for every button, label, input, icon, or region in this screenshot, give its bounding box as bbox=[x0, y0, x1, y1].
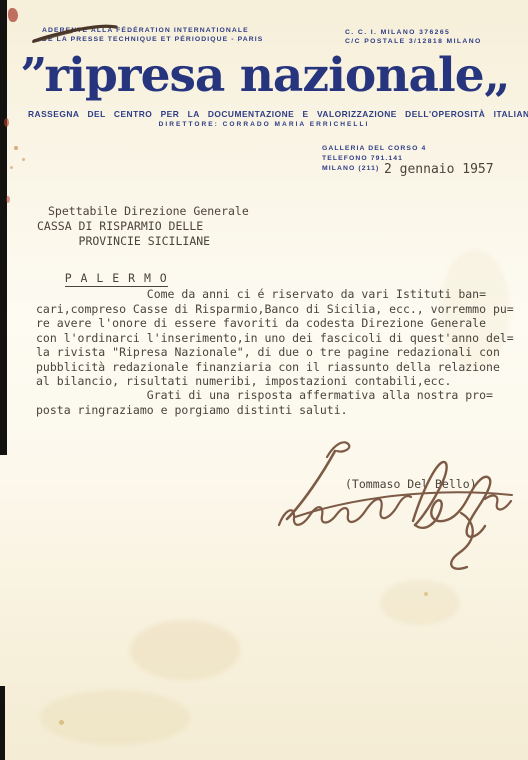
scan-edge-artifact-left-bottom bbox=[0, 686, 5, 760]
recipient-line2: CASSA DI RISPARMIO DELLE bbox=[37, 219, 203, 234]
registry-line2: C/C POSTALE 3/12818 MILANO bbox=[345, 37, 482, 46]
foxing-speck bbox=[22, 158, 25, 161]
masthead-close-quote: „ bbox=[484, 48, 508, 103]
masthead-title-text: ripresa nazionale bbox=[44, 48, 483, 103]
masthead-tagline: RASSEGNA DEL CENTRO PER LA DOCUMENTAZION… bbox=[28, 109, 500, 119]
masthead-director-line: DIRETTORE: CORRADO MARIA ERRICHELLI bbox=[0, 121, 528, 128]
paper-stain bbox=[380, 580, 460, 625]
masthead-open-quote: ” bbox=[20, 48, 44, 103]
foxing-speck bbox=[10, 166, 13, 169]
address-line1: GALLERIA DEL CORSO 4 bbox=[322, 144, 426, 153]
foxing-speck bbox=[14, 146, 18, 150]
recipient-city-text: P A L E R M O bbox=[65, 271, 168, 287]
letter-date: 2 gennaio 1957 bbox=[384, 163, 494, 178]
recipient-line1: Spettabile Direzione Generale bbox=[48, 204, 249, 219]
recipient-line3: PROVINCIE SICILIANE bbox=[37, 234, 210, 249]
letterhead-registry: C. C. I. MILANO 376265 C/C POSTALE 3/128… bbox=[345, 28, 482, 46]
body-paragraph-1: Come da anni ci é riservato da vari Isti… bbox=[36, 287, 514, 389]
registry-line1: C. C. I. MILANO 376265 bbox=[345, 28, 482, 37]
body-paragraph-2: Grati di una risposta affermativa alla n… bbox=[36, 388, 493, 417]
paper-stain bbox=[130, 620, 240, 680]
handwritten-signature bbox=[265, 425, 525, 565]
masthead-title: ”ripresa nazionale„ bbox=[0, 50, 528, 102]
scanned-letter-page: ADERENTE ALLA FÉDÉRATION INTERNATIONALE … bbox=[0, 0, 528, 760]
scan-red-mark bbox=[6, 196, 10, 203]
paper-stain bbox=[40, 690, 190, 745]
